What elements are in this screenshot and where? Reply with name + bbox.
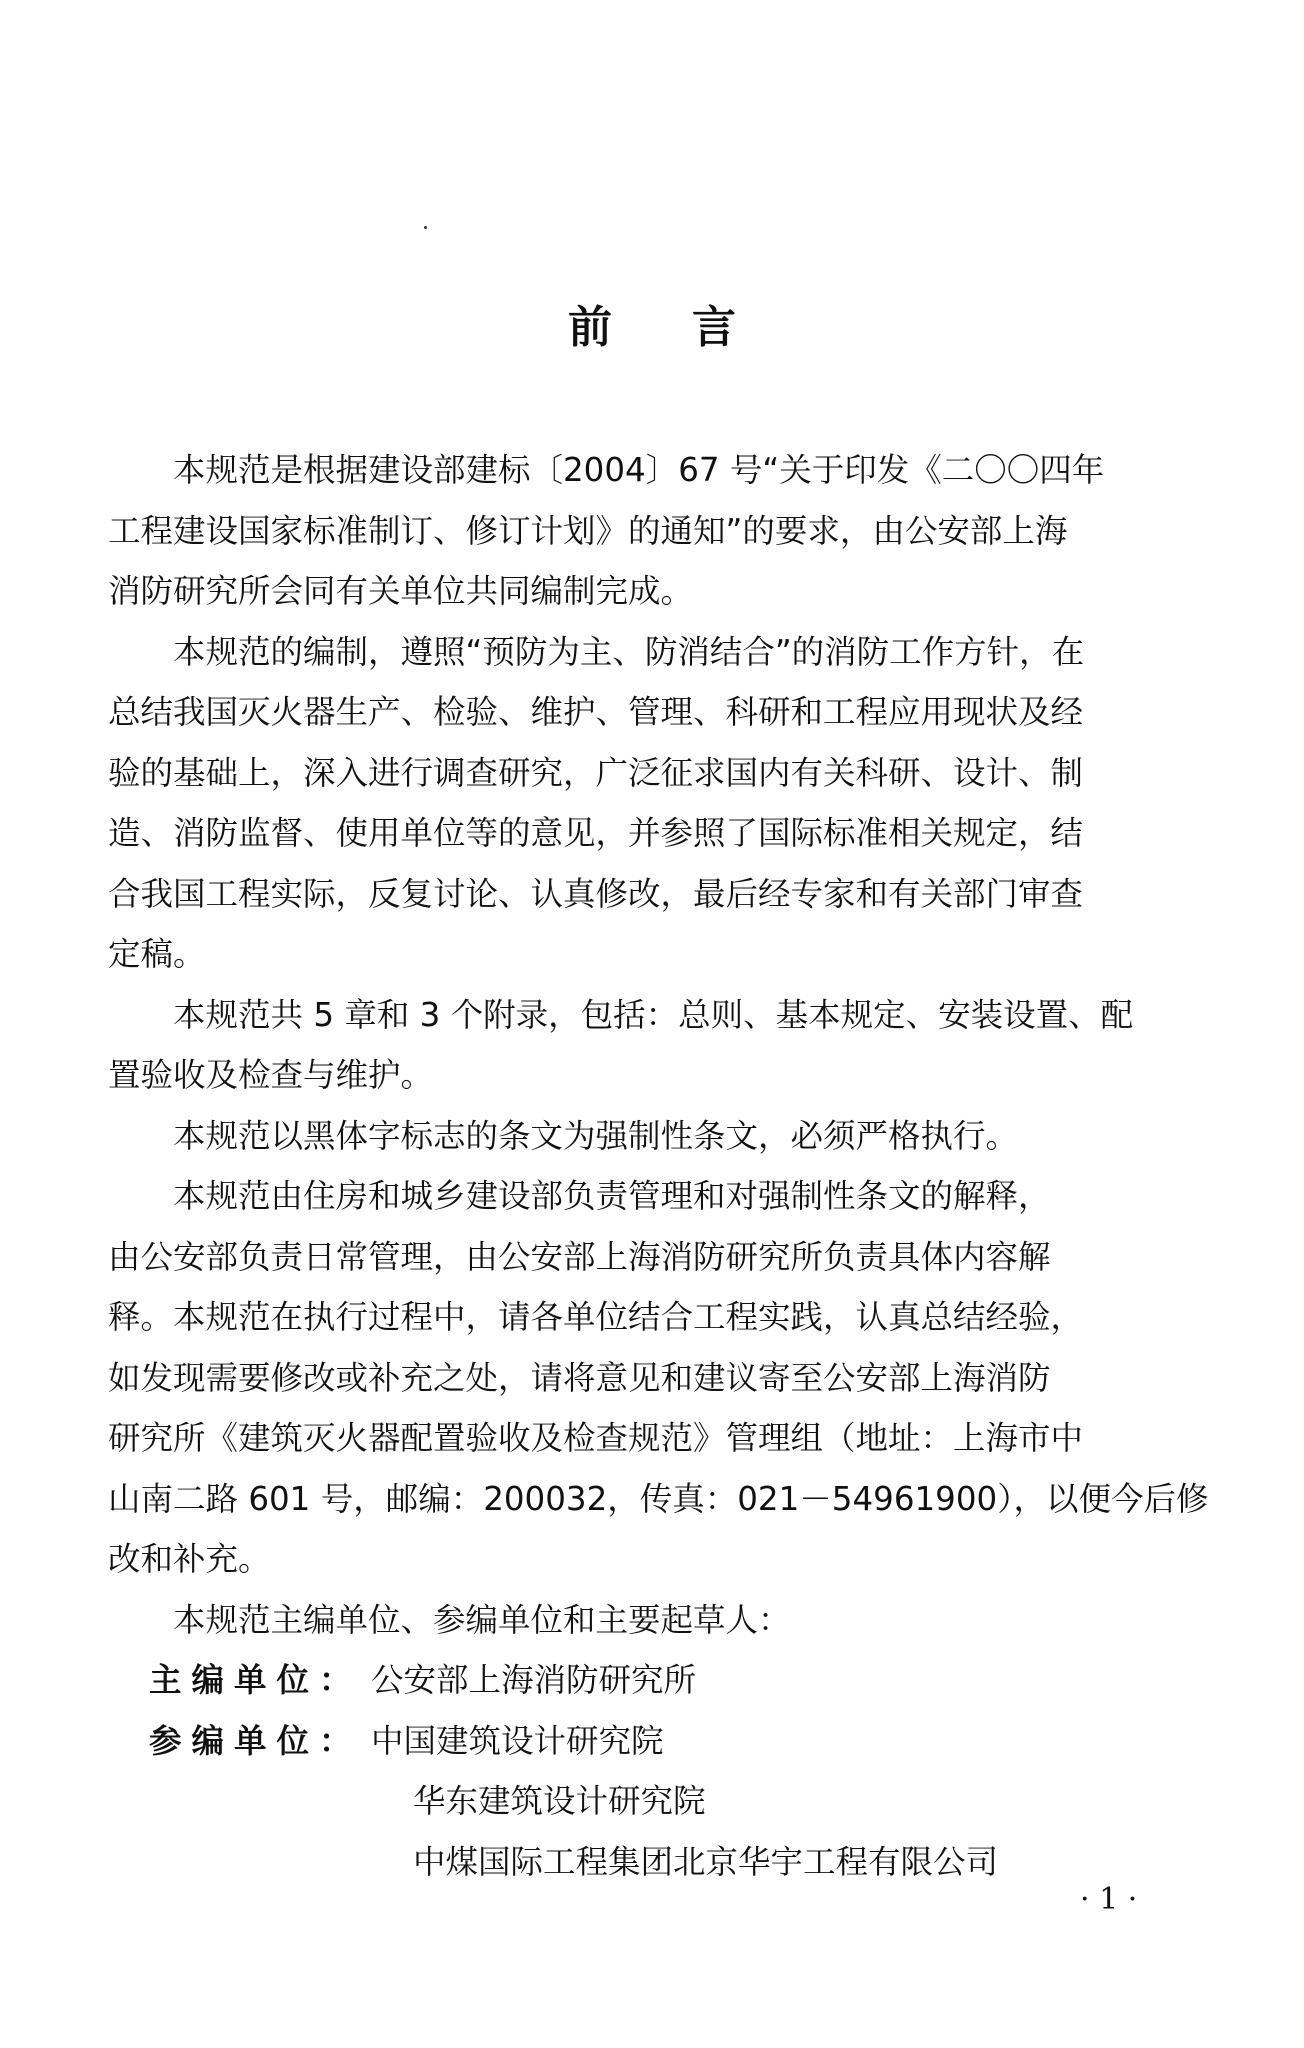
text-line: 合我国工程实际，反复讨论、认真修改，最后经专家和有关部门审查 [108,864,1204,925]
text-line: 改和补充。 [108,1529,1204,1590]
participating-unit-row: 参编单位： 中国建筑设计研究院 [108,1711,1204,1772]
page-title: 前言 [0,291,1304,355]
title-char-2: 言 [692,291,736,355]
scan-speck [424,226,427,229]
preface-body: 本规范是根据建设部建标〔2004〕67 号“关于印发《二〇〇四年 工程建设国家标… [108,440,1204,1892]
drafting-units: 主编单位： 公安部上海消防研究所 参编单位： 中国建筑设计研究院 华东建筑设计研… [108,1650,1204,1892]
text-line: 山南二路 601 号，邮编：200032，传真：021－54961900），以便… [108,1469,1204,1530]
participating-unit-row: 华东建筑设计研究院 [108,1771,1204,1832]
text-line: 本规范由住房和城乡建设部负责管理和对强制性条文的解释， [108,1166,1204,1227]
paragraph-structure: 本规范共 5 章和 3 个附录，包括：总则、基本规定、安装设置、配 置验收及检查… [108,985,1204,1106]
title-char-1: 前 [568,291,612,355]
text-line: 造、消防监督、使用单位等的意见，并参照了国际标准相关规定，结 [108,803,1204,864]
text-line: 释。本规范在执行过程中，请各单位结合工程实践，认真总结经验， [108,1287,1204,1348]
participating-unit-value: 华东建筑设计研究院 [413,1771,706,1832]
participating-unit-row: 中煤国际工程集团北京华宇工程有限公司 [108,1832,1204,1893]
participating-unit-value: 中国建筑设计研究院 [371,1711,664,1772]
participating-unit-value: 中煤国际工程集团北京华宇工程有限公司 [413,1832,998,1893]
text-line: 本规范共 5 章和 3 个附录，包括：总则、基本规定、安装设置、配 [108,985,1204,1046]
page-number: · 1 · [1080,1882,1137,1917]
text-line: 本规范以黑体字标志的条文为强制性条文，必须严格执行。 [108,1106,1204,1167]
paragraph-basis: 本规范是根据建设部建标〔2004〕67 号“关于印发《二〇〇四年 工程建设国家标… [108,440,1204,622]
text-line: 置验收及检查与维护。 [108,1045,1204,1106]
chief-unit-value: 公安部上海消防研究所 [371,1650,696,1711]
chief-unit-row: 主编单位： 公安部上海消防研究所 [108,1650,1204,1711]
text-line: 本规范的编制，遵照“预防为主、防消结合”的消防工作方针，在 [108,622,1204,683]
participating-unit-label: 参编单位： [108,1711,371,1772]
text-line: 由公安部负责日常管理，由公安部上海消防研究所负责具体内容解 [108,1227,1204,1288]
paragraph-compilation: 本规范的编制，遵照“预防为主、防消结合”的消防工作方针，在 总结我国灭火器生产、… [108,622,1204,985]
paragraph-drafters-intro: 本规范主编单位、参编单位和主要起草人： [108,1590,1204,1651]
text-line: 总结我国灭火器生产、检验、维护、管理、科研和工程应用现状及经 [108,682,1204,743]
text-line: 本规范是根据建设部建标〔2004〕67 号“关于印发《二〇〇四年 [108,440,1204,501]
text-line: 工程建设国家标准制订、修订计划》的通知”的要求，由公安部上海 [108,501,1204,562]
text-line: 如发现需要修改或补充之处，请将意见和建议寄至公安部上海消防 [108,1348,1204,1409]
text-line: 消防研究所会同有关单位共同编制完成。 [108,561,1204,622]
text-line: 研究所《建筑灭火器配置验收及检查规范》管理组（地址：上海市中 [108,1408,1204,1469]
text-line: 本规范主编单位、参编单位和主要起草人： [108,1590,1204,1651]
paragraph-management: 本规范由住房和城乡建设部负责管理和对强制性条文的解释， 由公安部负责日常管理，由… [108,1166,1204,1590]
chief-unit-label: 主编单位： [108,1650,371,1711]
text-line: 定稿。 [108,924,1204,985]
document-page: 前言 本规范是根据建设部建标〔2004〕67 号“关于印发《二〇〇四年 工程建设… [0,0,1304,2048]
text-line: 验的基础上，深入进行调查研究，广泛征求国内有关科研、设计、制 [108,743,1204,804]
paragraph-mandatory: 本规范以黑体字标志的条文为强制性条文，必须严格执行。 [108,1106,1204,1167]
